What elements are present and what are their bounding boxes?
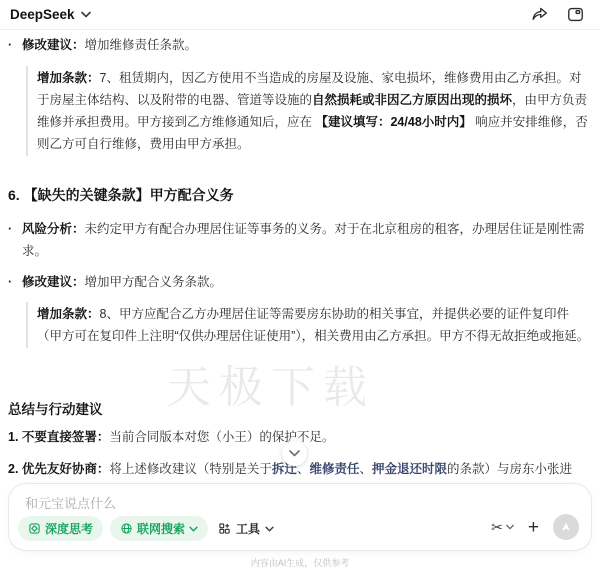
scroll-to-bottom-button[interactable] — [282, 441, 307, 466]
tools-grid-icon — [218, 522, 231, 535]
chevron-down-icon — [81, 11, 91, 18]
quote-label: 增加条款： — [37, 71, 100, 85]
attach-button[interactable]: + — [528, 518, 539, 537]
send-button[interactable] — [553, 514, 579, 540]
quote-clause-7: 增加条款：7、租赁期内，因乙方使用不当造成的房屋及设施、家电损坏，维修费用由乙方… — [26, 66, 590, 156]
ai-disclaimer: 内容由AI生成，仅供参考 — [0, 556, 600, 569]
bullet-marker: · — [8, 271, 22, 293]
summary-heading: 总结与行动建议 — [8, 400, 103, 420]
message-input[interactable]: 和元宝说点什么 — [25, 493, 116, 512]
model-name: DeepSeek — [10, 7, 75, 22]
web-search-toggle[interactable]: 联网搜索 — [110, 516, 208, 541]
section-heading-6: 6. 【缺失的关键条款】甲方配合义务 — [8, 185, 234, 205]
composer-toggles: 深度思考 联网搜索 工具 — [18, 516, 277, 541]
top-bar: DeepSeek — [0, 0, 600, 30]
scissors-icon: ✂ — [491, 519, 503, 536]
chevron-down-icon — [265, 526, 274, 532]
bullet-text: 风险分析：未约定甲方有配合办理居住证等事务的义务。对于在北京租房的租客，办理居住… — [22, 218, 592, 262]
chat-app-window: DeepSeek · 修改建议：增加维修责任条款。 增加条款：7、租赁期内，因乙… — [0, 0, 600, 571]
chevron-down-icon — [506, 524, 514, 530]
bullet-risk-analysis: · 风险分析：未约定甲方有配合办理居住证等事务的义务。对于在北京租房的租客，办理… — [8, 218, 592, 262]
message-composer[interactable]: 和元宝说点什么 深度思考 联网搜索 工具 ✂ + — [8, 483, 592, 551]
conversations-button[interactable] — [566, 5, 585, 24]
chevron-down-icon — [189, 526, 198, 532]
composer-actions: ✂ + — [491, 514, 579, 540]
bullet-marker: · — [8, 34, 22, 56]
browser-window-icon — [566, 5, 585, 24]
globe-icon — [120, 522, 133, 535]
deep-think-toggle[interactable]: 深度思考 — [18, 516, 103, 541]
bullet-text: 修改建议：增加甲方配合义务条款。 — [22, 271, 222, 293]
highlight-term: 押金退还时限 — [372, 462, 447, 476]
bullet-text: 修改建议：增加维修责任条款。 — [22, 34, 197, 56]
send-arrow-icon — [559, 520, 573, 534]
quote-label: 增加条款： — [37, 307, 100, 321]
header-actions — [530, 5, 585, 24]
bullet-fix-cooperation: · 修改建议：增加甲方配合义务条款。 — [8, 271, 592, 293]
highlight-term: 维修责任 — [309, 462, 359, 476]
chevron-down-icon — [289, 450, 300, 457]
share-icon — [530, 5, 549, 24]
bullet-fix-repair: · 修改建议：增加维修责任条款。 — [8, 34, 592, 56]
share-button[interactable] — [530, 5, 549, 24]
model-selector[interactable]: DeepSeek — [10, 7, 91, 22]
deep-think-icon — [28, 522, 41, 535]
quote-clause-8: 增加条款：8、甲方应配合乙方办理居住证等需要房东协助的相关事宜，并提供必要的证件… — [26, 302, 590, 348]
clip-tools-button[interactable]: ✂ — [491, 519, 514, 536]
tools-menu-button[interactable]: 工具 — [215, 516, 277, 541]
bullet-marker: · — [8, 218, 22, 262]
